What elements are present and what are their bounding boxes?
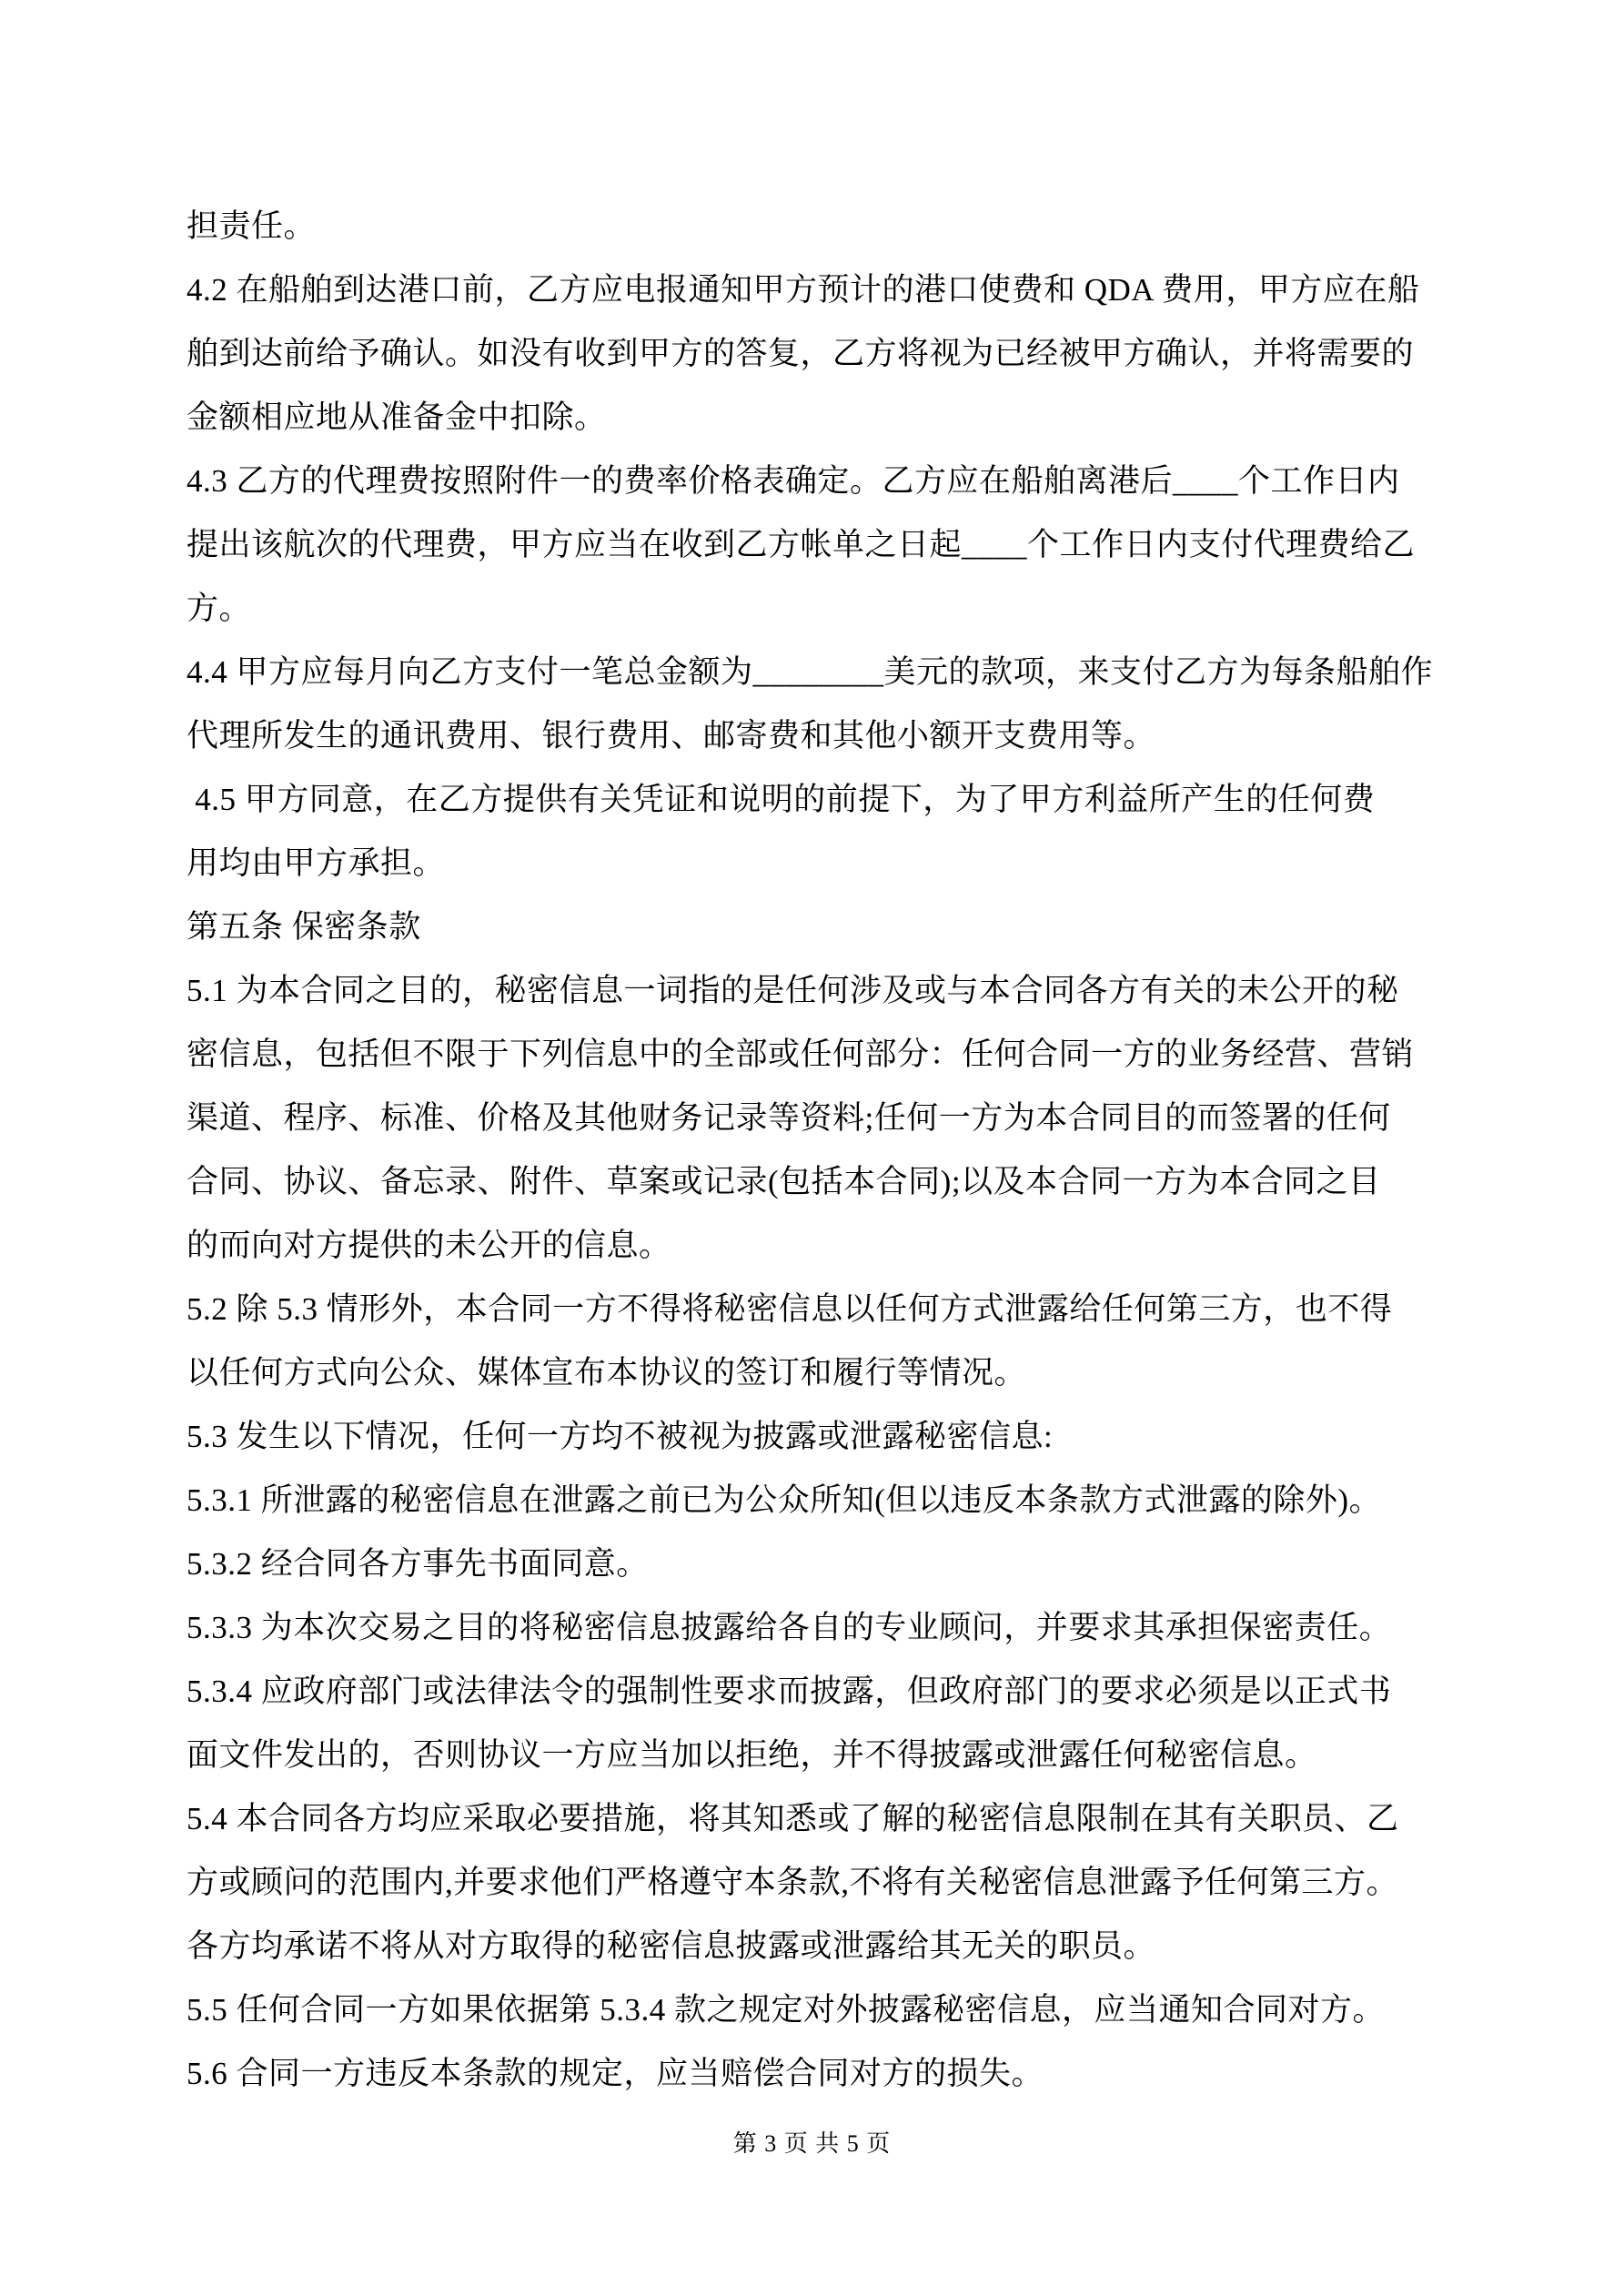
document-line: 用均由甲方承担。 [187, 832, 1478, 895]
document-line: 面文件发出的，否则协议一方应当加以拒绝，并不得披露或泄露任何秘密信息。 [187, 1724, 1478, 1787]
document-body: 担责任。4.2 在船舶到达港口前，乙方应电报通知甲方预计的港口使费和 QDA 费… [187, 195, 1478, 2106]
document-line: 4.2 在船舶到达港口前，乙方应电报通知甲方预计的港口使费和 QDA 费用，甲方… [187, 258, 1478, 322]
document-line: 渠道、程序、标准、价格及其他财务记录等资料;任何一方为本合同目的而签署的任何 [187, 1087, 1478, 1150]
document-line: 5.4 本合同各方均应采取必要措施，将其知悉或了解的秘密信息限制在其有关职员、乙 [187, 1787, 1478, 1851]
document-line: 密信息，包括但不限于下列信息中的全部或任何部分：任何合同一方的业务经营、营销 [187, 1023, 1478, 1087]
document-line: 的而向对方提供的未公开的信息。 [187, 1214, 1478, 1278]
document-line: 5.1 为本合同之目的，秘密信息一词指的是任何涉及或与本合同各方有关的未公开的秘 [187, 959, 1478, 1023]
document-line: 担责任。 [187, 195, 1478, 258]
document-line: 5.3.3 为本次交易之目的将秘密信息披露给各自的专业顾问，并要求其承担保密责任… [187, 1596, 1478, 1660]
document-line: 方。 [187, 577, 1478, 641]
document-line: 舶到达前给予确认。如没有收到甲方的答复，乙方将视为已经被甲方确认，并将需要的 [187, 322, 1478, 386]
document-line: 各方均承诺不将从对方取得的秘密信息披露或泄露给其无关的职员。 [187, 1915, 1478, 1978]
page-number-footer: 第 3 页 共 5 页 [0, 2128, 1624, 2160]
document-line: 5.6 合同一方违反本条款的规定，应当赔偿合同对方的损失。 [187, 2042, 1478, 2106]
document-line: 金额相应地从准备金中扣除。 [187, 386, 1478, 450]
document-line: 5.3 发生以下情况，任何一方均不被视为披露或泄露秘密信息: [187, 1405, 1478, 1469]
document-line: 5.5 任何合同一方如果依据第 5.3.4 款之规定对外披露秘密信息，应当通知合… [187, 1978, 1478, 2042]
document-line: 5.3.4 应政府部门或法律法令的强制性要求而披露，但政府部门的要求必须是以正式… [187, 1660, 1478, 1724]
document-line: 5.3.2 经合同各方事先书面同意。 [187, 1532, 1478, 1596]
document-line: 第五条 保密条款 [187, 895, 1478, 959]
document-line: 5.2 除 5.3 情形外，本合同一方不得将秘密信息以任何方式泄露给任何第三方，… [187, 1278, 1478, 1341]
document-line: 5.3.1 所泄露的秘密信息在泄露之前已为公众所知(但以违反本条款方式泄露的除外… [187, 1469, 1478, 1532]
document-line: 方或顾问的范围内,并要求他们严格遵守本条款,不将有关秘密信息泄露予任何第三方。 [187, 1851, 1478, 1915]
document-line: 提出该航次的代理费，甲方应当在收到乙方帐单之日起____个工作日内支付代理费给乙 [187, 513, 1478, 577]
document-line: 代理所发生的通讯费用、银行费用、邮寄费和其他小额开支费用等。 [187, 704, 1478, 768]
document-line: 合同、协议、备忘录、附件、草案或记录(包括本合同);以及本合同一方为本合同之目 [187, 1150, 1478, 1214]
document-line: 4.5 甲方同意，在乙方提供有关凭证和说明的前提下，为了甲方利益所产生的任何费 [187, 768, 1478, 832]
document-line: 4.3 乙方的代理费按照附件一的费率价格表确定。乙方应在船舶离港后____个工作… [187, 450, 1478, 513]
document-line: 以任何方式向公众、媒体宣布本协议的签订和履行等情况。 [187, 1341, 1478, 1405]
contract-page: 担责任。4.2 在船舶到达港口前，乙方应电报通知甲方预计的港口使费和 QDA 费… [0, 0, 1624, 2296]
document-line: 4.4 甲方应每月向乙方支付一笔总金额为________美元的款项，来支付乙方为… [187, 641, 1478, 704]
